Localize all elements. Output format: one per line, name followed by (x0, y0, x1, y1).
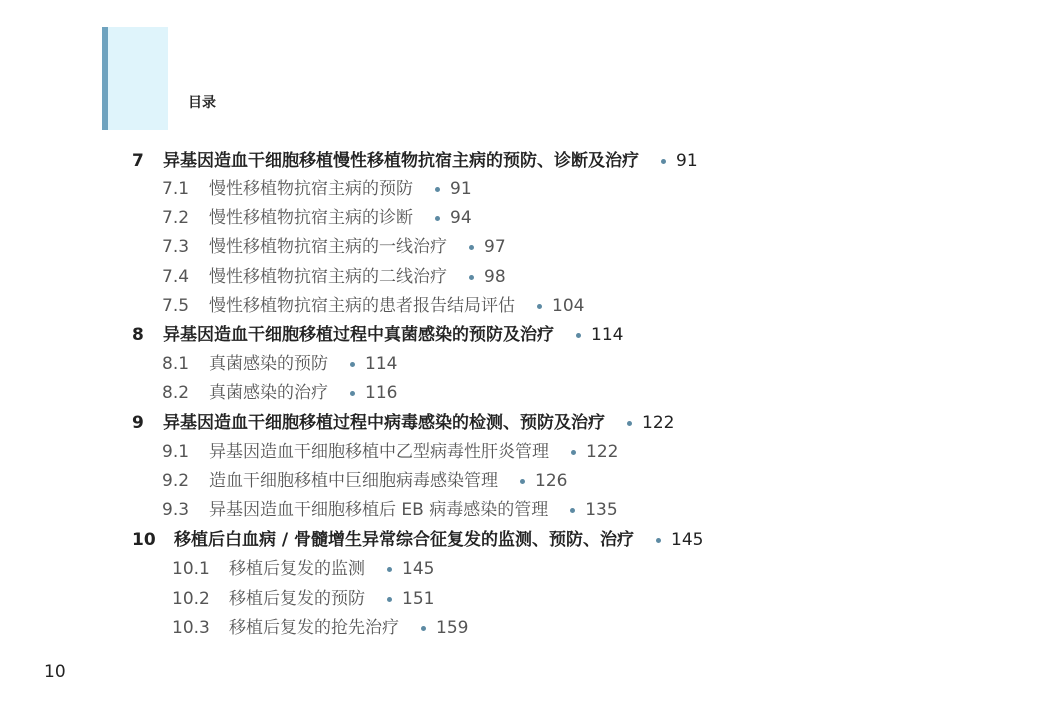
toc-section-entry[interactable]: 7.1慢性移植物抗宿主病的预防91 (162, 178, 472, 200)
toc-entry-number: 7.2 (162, 207, 209, 229)
toc-entry-number: 8.2 (162, 382, 209, 404)
toc-entry-title: 移植后复发的抢先治疗 (229, 617, 399, 639)
toc-entry-title: 真菌感染的预防 (209, 353, 328, 375)
toc-entry-number: 9.1 (162, 441, 209, 463)
toc-entry-title: 真菌感染的治疗 (209, 382, 328, 404)
page-number: 10 (44, 662, 66, 682)
toc-chapter-entry[interactable]: 7异基因造血干细胞移植慢性移植物抗宿主病的预防、诊断及治疗91 (132, 150, 698, 172)
bullet-dot-icon (350, 391, 355, 396)
toc-section-entry[interactable]: 10.1移植后复发的监测145 (172, 558, 434, 580)
toc-entry-page: 104 (552, 295, 584, 317)
toc-entry-number: 7.5 (162, 295, 209, 317)
bullet-dot-icon (656, 538, 661, 543)
toc-entry-page: 97 (484, 236, 506, 258)
toc-entry-page: 94 (450, 207, 472, 229)
toc-entry-number: 7.3 (162, 236, 209, 258)
toc-entry-page: 122 (586, 441, 618, 463)
toc-entry-title: 移植后白血病 / 骨髓增生异常综合征复发的监测、预防、治疗 (174, 529, 634, 551)
bullet-dot-icon (576, 333, 581, 338)
toc-chapter-entry[interactable]: 10移植后白血病 / 骨髓增生异常综合征复发的监测、预防、治疗145 (132, 529, 704, 551)
bullet-dot-icon (627, 421, 632, 426)
toc-entry-title: 异基因造血干细胞移植后 EB 病毒感染的管理 (209, 499, 548, 521)
bullet-dot-icon (435, 187, 440, 192)
toc-entry-page: 159 (436, 617, 468, 639)
toc-entry-page: 91 (450, 178, 472, 200)
toc-section-entry[interactable]: 9.1异基因造血干细胞移植中乙型病毒性肝炎管理122 (162, 441, 618, 463)
bullet-dot-icon (387, 597, 392, 602)
toc-entry-page: 151 (402, 588, 434, 610)
toc-entry-number: 10.1 (172, 558, 229, 580)
bullet-dot-icon (421, 626, 426, 631)
bullet-dot-icon (570, 508, 575, 513)
toc-entry-page: 126 (535, 470, 567, 492)
toc-entry-page: 98 (484, 266, 506, 288)
toc-section-entry[interactable]: 7.5慢性移植物抗宿主病的患者报告结局评估104 (162, 295, 584, 317)
toc-entry-page: 116 (365, 382, 397, 404)
toc-section-entry[interactable]: 8.2真菌感染的治疗116 (162, 382, 397, 404)
toc-entry-number: 7.4 (162, 266, 209, 288)
toc-section-entry[interactable]: 9.2造血干细胞移植中巨细胞病毒感染管理126 (162, 470, 567, 492)
page-title: 目录 (188, 92, 216, 112)
toc-entry-title: 异基因造血干细胞移植中乙型病毒性肝炎管理 (209, 441, 549, 463)
toc-section-entry[interactable]: 8.1真菌感染的预防114 (162, 353, 397, 375)
toc-entry-title: 异基因造血干细胞移植过程中病毒感染的检测、预防及治疗 (163, 412, 605, 434)
toc-entry-page: 114 (365, 353, 397, 375)
decorative-accent-block (108, 27, 168, 130)
toc-section-entry[interactable]: 9.3异基因造血干细胞移植后 EB 病毒感染的管理135 (162, 499, 618, 521)
toc-entry-page: 135 (585, 499, 617, 521)
toc-section-entry[interactable]: 10.3移植后复发的抢先治疗159 (172, 617, 468, 639)
toc-chapter-entry[interactable]: 9异基因造血干细胞移植过程中病毒感染的检测、预防及治疗122 (132, 412, 674, 434)
toc-entry-number: 8.1 (162, 353, 209, 375)
bullet-dot-icon (537, 304, 542, 309)
bullet-dot-icon (469, 245, 474, 250)
toc-entry-number: 7.1 (162, 178, 209, 200)
toc-entry-title: 造血干细胞移植中巨细胞病毒感染管理 (209, 470, 498, 492)
toc-entry-page: 91 (676, 150, 698, 172)
toc-entry-title: 移植后复发的预防 (229, 588, 365, 610)
toc-section-entry[interactable]: 7.4慢性移植物抗宿主病的二线治疗98 (162, 266, 506, 288)
toc-entry-page: 145 (671, 529, 703, 551)
toc-chapter-entry[interactable]: 8异基因造血干细胞移植过程中真菌感染的预防及治疗114 (132, 324, 623, 346)
toc-entry-title: 慢性移植物抗宿主病的一线治疗 (209, 236, 447, 258)
toc-entry-page: 122 (642, 412, 674, 434)
toc-entry-title: 异基因造血干细胞移植过程中真菌感染的预防及治疗 (163, 324, 554, 346)
toc-entry-title: 慢性移植物抗宿主病的患者报告结局评估 (209, 295, 515, 317)
bullet-dot-icon (571, 450, 576, 455)
toc-section-entry[interactable]: 10.2移植后复发的预防151 (172, 588, 434, 610)
toc-entry-number: 9.3 (162, 499, 209, 521)
toc-entry-title: 慢性移植物抗宿主病的预防 (209, 178, 413, 200)
toc-entry-title: 异基因造血干细胞移植慢性移植物抗宿主病的预防、诊断及治疗 (163, 150, 639, 172)
toc-entry-page: 145 (402, 558, 434, 580)
toc-entry-number: 9.2 (162, 470, 209, 492)
bullet-dot-icon (520, 479, 525, 484)
toc-entry-number: 10.2 (172, 588, 229, 610)
toc-entry-title: 慢性移植物抗宿主病的二线治疗 (209, 266, 447, 288)
bullet-dot-icon (661, 159, 666, 164)
toc-section-entry[interactable]: 7.3慢性移植物抗宿主病的一线治疗97 (162, 236, 506, 258)
bullet-dot-icon (469, 275, 474, 280)
bullet-dot-icon (435, 216, 440, 221)
toc-entry-number: 10 (132, 529, 174, 551)
bullet-dot-icon (387, 567, 392, 572)
toc-entry-page: 114 (591, 324, 623, 346)
toc-entry-title: 移植后复发的监测 (229, 558, 365, 580)
toc-section-entry[interactable]: 7.2慢性移植物抗宿主病的诊断94 (162, 207, 472, 229)
toc-entry-title: 慢性移植物抗宿主病的诊断 (209, 207, 413, 229)
toc-entry-number: 8 (132, 324, 163, 346)
toc-entry-number: 7 (132, 150, 163, 172)
bullet-dot-icon (350, 362, 355, 367)
toc-entry-number: 10.3 (172, 617, 229, 639)
toc-entry-number: 9 (132, 412, 163, 434)
